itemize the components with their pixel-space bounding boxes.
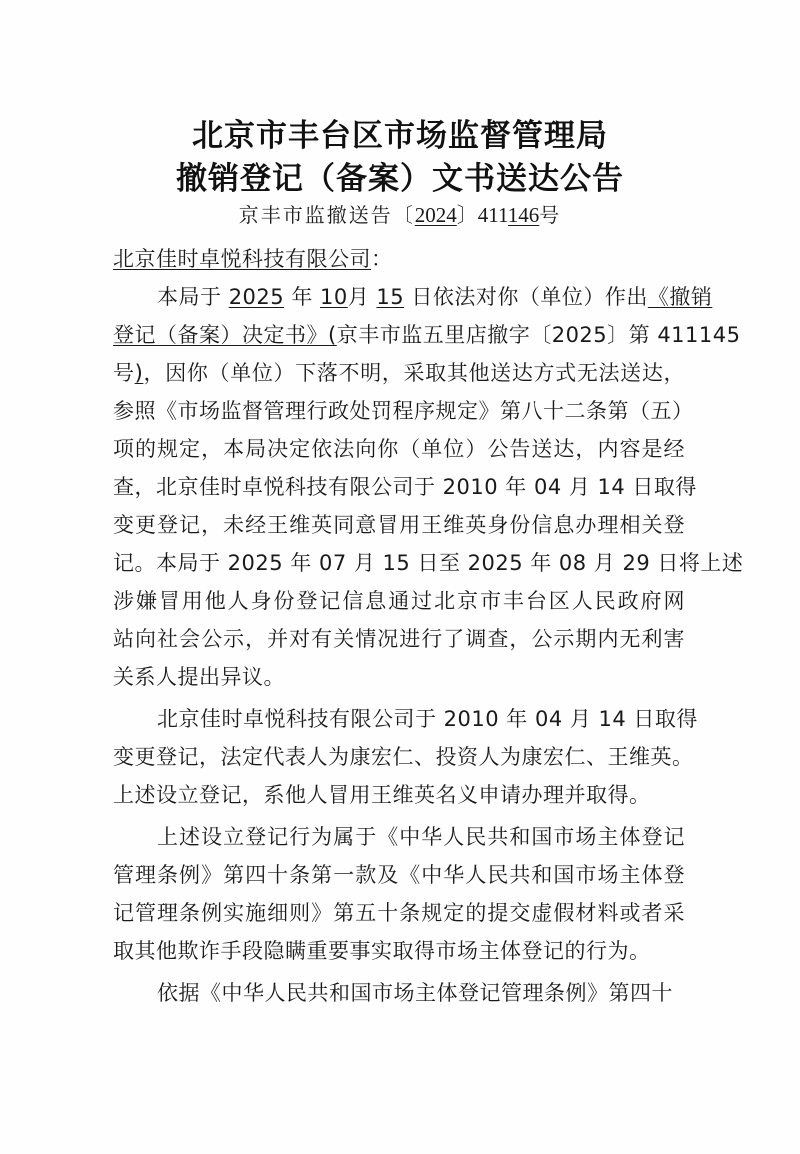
text-segment: 月 [348, 285, 377, 309]
text-segment: 项的规定，本局决定依法向你（单位）公告送达，内容是经 [113, 437, 685, 461]
text-segment: 取其他欺诈手段隐瞒重要事实取得市场主体登记的行为。 [113, 939, 651, 963]
text-segment: 参照《市场监督管理行政处罚程序规定》第八十二条第（五） [113, 399, 694, 423]
text-segment: 变更登记，法定代表人为康宏仁、投资人为康宏仁、王维英。 [113, 745, 694, 769]
paragraph-line: 北京佳时卓悦科技有限公司于 2010 年 04 月 14 日取得 [113, 700, 685, 738]
paragraph-line: 涉嫌冒用他人身份登记信息通过北京市丰台区人民政府网 [113, 582, 685, 620]
text-segment: 年 [284, 285, 320, 309]
document-body: 北京佳时卓悦科技有限公司： 本局于 2025 年 10月 15 日依法对你（单位… [113, 240, 685, 1012]
text-segment: 上述设立登记行为属于《中华人民共和国市场主体登记 [157, 825, 685, 849]
text-segment: 日依法对你（单位）作出 [404, 285, 648, 309]
text-segment: 管理条例》第四十条第一款及《中华人民共和国市场主体登 [113, 863, 685, 887]
text-segment: 本局于 [157, 285, 229, 309]
paragraph-line: 查，北京佳时卓悦科技有限公司于 2010 年 04 月 14 日取得 [113, 468, 685, 506]
docno-prefix: 京丰市监撤送告〔 [239, 203, 415, 227]
paragraphs: 本局于 2025 年 10月 15 日依法对你（单位）作出《撤销登记（备案）决定… [113, 278, 685, 1012]
text-segment: 依据《中华人民共和国市场主体登记管理条例》第四十 [157, 981, 673, 1005]
text-segment: 站向社会公示，并对有关情况进行了调查，公示期内无利害 [113, 627, 685, 651]
docno-serial: 146 [508, 203, 539, 227]
paragraph-line: 站向社会公示，并对有关情况进行了调查，公示期内无利害 [113, 620, 685, 658]
paragraph-line: 记。本局于 2025 年 07 月 15 日至 2025 年 08 月 29 日… [113, 544, 685, 582]
paragraph-line: 号)，因你（单位）下落不明，采取其他送达方式无法送达， [113, 354, 685, 392]
underlined-text: 《撤销 [648, 285, 713, 309]
text-segment: 号 [113, 361, 135, 385]
underlined-text: 2025 [229, 285, 284, 309]
docno-year: 2024 [415, 203, 457, 227]
document-number: 京丰市监撤送告〔2024〕411146号 [0, 199, 800, 229]
underlined-text: 登记（备案）决定书》( [113, 323, 337, 347]
title-notice: 撤销登记（备案）文书送达公告 [0, 153, 800, 198]
text-segment: 记管理条例实施细则》第五十条规定的提交虚假材料或者采 [113, 901, 685, 925]
paragraph-line: 项的规定，本局决定依法向你（单位）公告送达，内容是经 [113, 430, 685, 468]
paragraph-line: 关系人提出异议。 [113, 658, 685, 696]
docno-suffix: 号 [539, 203, 561, 227]
text-segment: 查，北京佳时卓悦科技有限公司于 2010 年 04 月 14 日取得 [113, 475, 697, 499]
paragraph-line: 参照《市场监督管理行政处罚程序规定》第八十二条第（五） [113, 392, 685, 430]
text-segment: 关系人提出异议。 [113, 665, 285, 689]
paragraph-line: 登记（备案）决定书》(京丰市监五里店撤字〔2025〕第 411145 [113, 316, 685, 354]
underlined-text: 10 [320, 285, 348, 309]
title-agency: 北京市丰台区市场监督管理局 [0, 110, 800, 155]
document-page: 北京市丰台区市场监督管理局 撤销登记（备案）文书送达公告 京丰市监撤送告〔202… [0, 0, 800, 1154]
addressee: 北京佳时卓悦科技有限公司： [113, 240, 685, 278]
text-segment: 变更登记，未经王维英同意冒用王维英身份信息办理相关登 [113, 513, 685, 537]
paragraph-line: 变更登记，未经王维英同意冒用王维英身份信息办理相关登 [113, 506, 685, 544]
paragraph-line: 依据《中华人民共和国市场主体登记管理条例》第四十 [113, 974, 685, 1012]
paragraph-line: 上述设立登记，系他人冒用王维英名义申请办理并取得。 [113, 776, 685, 814]
addressee-colon: ： [371, 247, 393, 271]
paragraph-line: 上述设立登记行为属于《中华人民共和国市场主体登记 [113, 818, 685, 856]
paragraph-line: 取其他欺诈手段隐瞒重要事实取得市场主体登记的行为。 [113, 932, 685, 970]
paragraph-line: 变更登记，法定代表人为康宏仁、投资人为康宏仁、王维英。 [113, 738, 685, 776]
text-segment: 京丰市监五里店撤字〔2025〕第 411145 [337, 323, 741, 347]
paragraph-line: 记管理条例实施细则》第五十条规定的提交虚假材料或者采 [113, 894, 685, 932]
text-segment: 上述设立登记，系他人冒用王维英名义申请办理并取得。 [113, 783, 651, 807]
addressee-name: 北京佳时卓悦科技有限公司 [113, 247, 371, 271]
paragraph-line: 本局于 2025 年 10月 15 日依法对你（单位）作出《撤销 [113, 278, 685, 316]
text-segment: ，因你（单位）下落不明，采取其他送达方式无法送达， [143, 361, 685, 385]
underlined-text: 15 [376, 285, 404, 309]
text-segment: 涉嫌冒用他人身份登记信息通过北京市丰台区人民政府网 [113, 589, 685, 613]
text-segment: 北京佳时卓悦科技有限公司于 2010 年 04 月 14 日取得 [157, 707, 698, 731]
docno-mid: 〕411 [457, 203, 508, 227]
paragraph-line: 管理条例》第四十条第一款及《中华人民共和国市场主体登 [113, 856, 685, 894]
text-segment: 记。本局于 2025 年 07 月 15 日至 2025 年 08 月 29 日… [113, 551, 743, 575]
